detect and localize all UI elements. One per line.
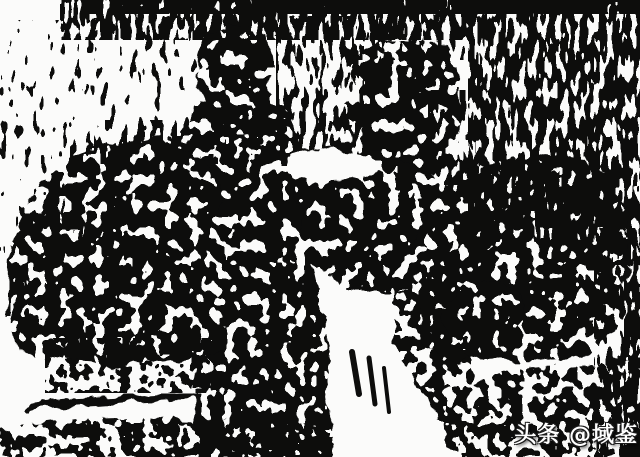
- lower-center-mass: [445, 282, 529, 362]
- halftone-photo: 头条 @域鉴: [0, 0, 640, 457]
- artwork-image: [0, 0, 640, 457]
- watermark: 头条 @域鉴: [514, 418, 638, 449]
- watermark-text: 头条 @域鉴: [514, 423, 638, 448]
